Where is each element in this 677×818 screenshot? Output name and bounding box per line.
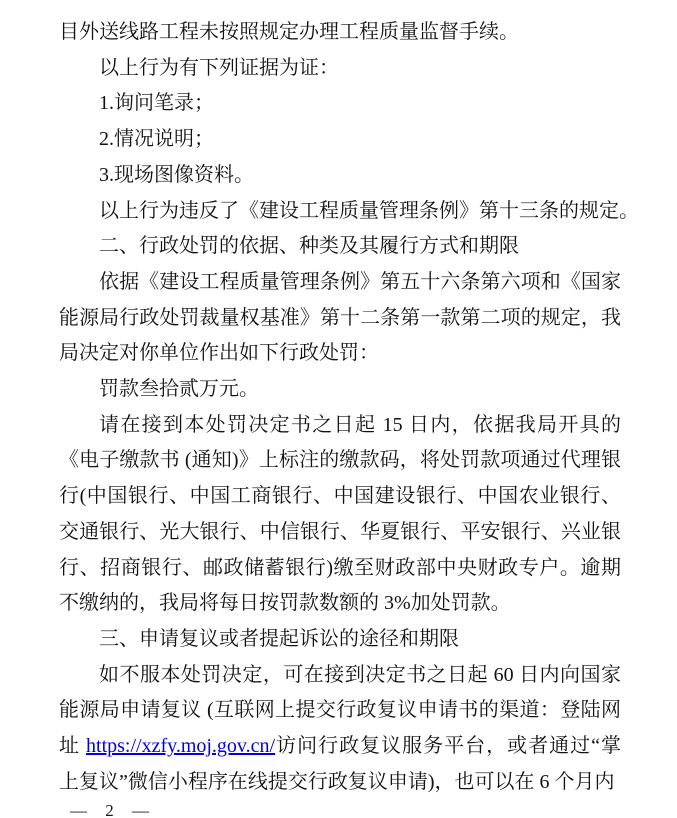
text-run: 以上行为有下列证据为证： [99, 57, 339, 79]
section-heading: 三、申请复议或者提起诉讼的途径和期限 [59, 622, 621, 658]
text-run: 二、行政处罚的依据、种类及其履行方式和期限 [99, 235, 519, 257]
paragraph: 依据《建设工程质量管理条例》第五十六条第六项和《国家能源局行政处罚裁量权基准》第… [59, 265, 621, 372]
section-heading: 二、行政处罚的依据、种类及其履行方式和期限 [59, 229, 621, 265]
text-run: 依据《建设工程质量管理条例》第五十六条第六项和《国家能源局行政处罚裁量权基准》第… [59, 271, 621, 364]
paragraph: 以上行为违反了《建设工程质量管理条例》第十三条的规定。 [59, 194, 621, 230]
document-body: 目外送线路工程未按照规定办理工程质量监督手续。以上行为有下列证据为证：1.询问笔… [59, 15, 621, 800]
text-run: 请在接到本处罚决定书之日起 15 日内，依据我局开具的《电子缴款书 (通知)》上… [59, 414, 621, 615]
paragraph: 2.情况说明； [59, 122, 621, 158]
text-run: 三、申请复议或者提起诉讼的途径和期限 [99, 628, 459, 650]
paragraph: 以上行为有下列证据为证： [59, 51, 621, 87]
page-number: — 2 — [70, 801, 152, 818]
text-run: 1.询问笔录； [99, 92, 214, 114]
paragraph: 目外送线路工程未按照规定办理工程质量监督手续。 [59, 15, 621, 51]
text-run: 2.情况说明； [99, 128, 214, 150]
text-run: 以上行为违反了《建设工程质量管理条例》第十三条的规定。 [99, 200, 639, 222]
paragraph: 1.询问笔录； [59, 86, 621, 122]
text-run: 目外送线路工程未按照规定办理工程质量监督手续。 [59, 21, 519, 43]
paragraph: 请在接到本处罚决定书之日起 15 日内，依据我局开具的《电子缴款书 (通知)》上… [59, 408, 621, 622]
paragraph: 罚款叁拾贰万元。 [59, 372, 621, 408]
text-run: 罚款叁拾贰万元。 [99, 378, 259, 400]
page-footer: — 2 — [70, 801, 152, 818]
paragraph: 3.现场图像资料。 [59, 158, 621, 194]
text-run: 3.现场图像资料。 [99, 164, 254, 186]
admin-review-url-link[interactable]: https://xzfy.moj.gov.cn/ [86, 735, 275, 757]
document-page: 目外送线路工程未按照规定办理工程质量监督手续。以上行为有下列证据为证：1.询问笔… [0, 0, 677, 818]
paragraph: 如不服本处罚决定，可在接到决定书之日起 60 日内向国家能源局申请复议 (互联网… [59, 658, 621, 801]
